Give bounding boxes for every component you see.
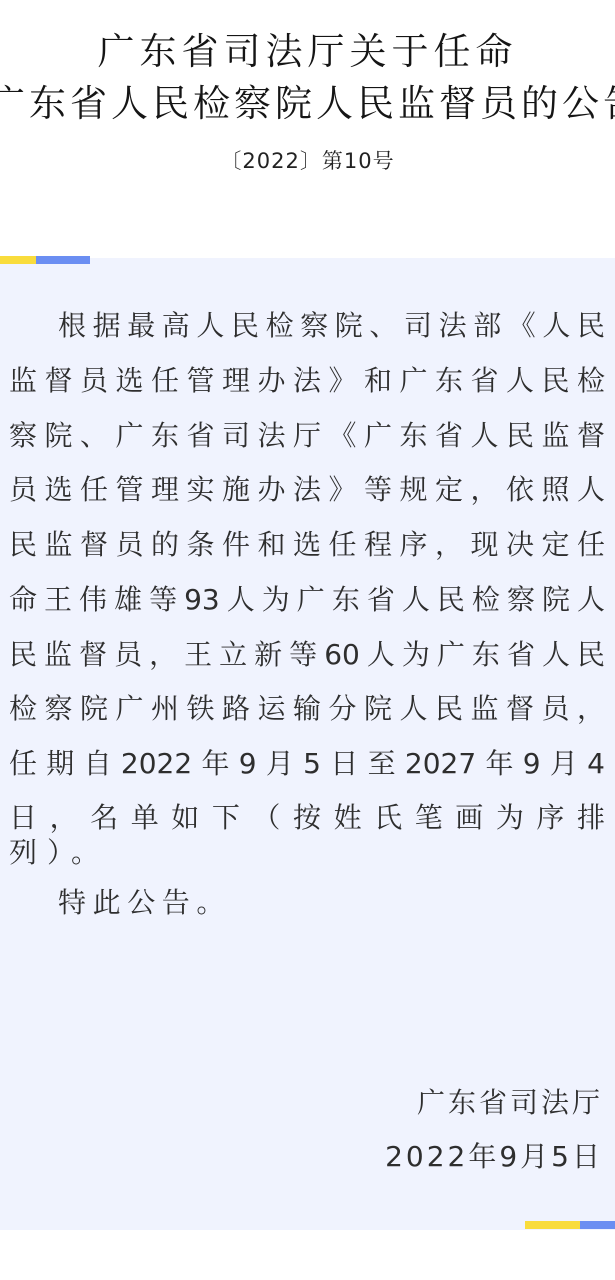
body-line-2: 监督员选任管理办法》和广东省人民检 [9,361,605,401]
decor-bar-yellow-top [0,256,36,264]
body-line-1: 根据最高人民检察院、司法部《人民 [58,306,605,346]
document-number: 〔2022〕第10号 [0,146,615,176]
body-line-4: 员选任管理实施办法》等规定，依照人 [9,470,605,510]
body-line-5: 民监督员的条件和选任程序，现决定任 [9,525,605,565]
title-line-2: 广东省人民检察院人民监督员的公告 [0,82,615,126]
decor-bar-blue-bottom [580,1221,615,1229]
body-line-11: 列）。 [9,833,609,873]
body-line-8: 检察院广州铁路运输分院人民监督员， [9,689,605,729]
body-line-3: 察院、广东省司法厅《广东省人民监督 [9,416,605,456]
body-line-7: 民监督员，王立新等60人为广东省人民 [9,635,605,675]
signature-date: 2022年9月5日 [385,1137,603,1177]
title-line-1: 广东省司法厅关于任命 [0,30,615,74]
decor-bar-blue-top [36,256,90,264]
signature-issuer: 广东省司法厅 [417,1083,603,1123]
body-line-6: 命王伟雄等93人为广东省人民检察院人 [9,580,605,620]
decor-bar-yellow-bottom [525,1221,580,1229]
body-line-10: 日，名单如下（按姓氏笔画为序排 [9,798,605,838]
body-line-9: 任期自2022年9月5日至2027年9月4 [9,744,605,784]
closing-text: 特此公告。 [58,883,615,923]
